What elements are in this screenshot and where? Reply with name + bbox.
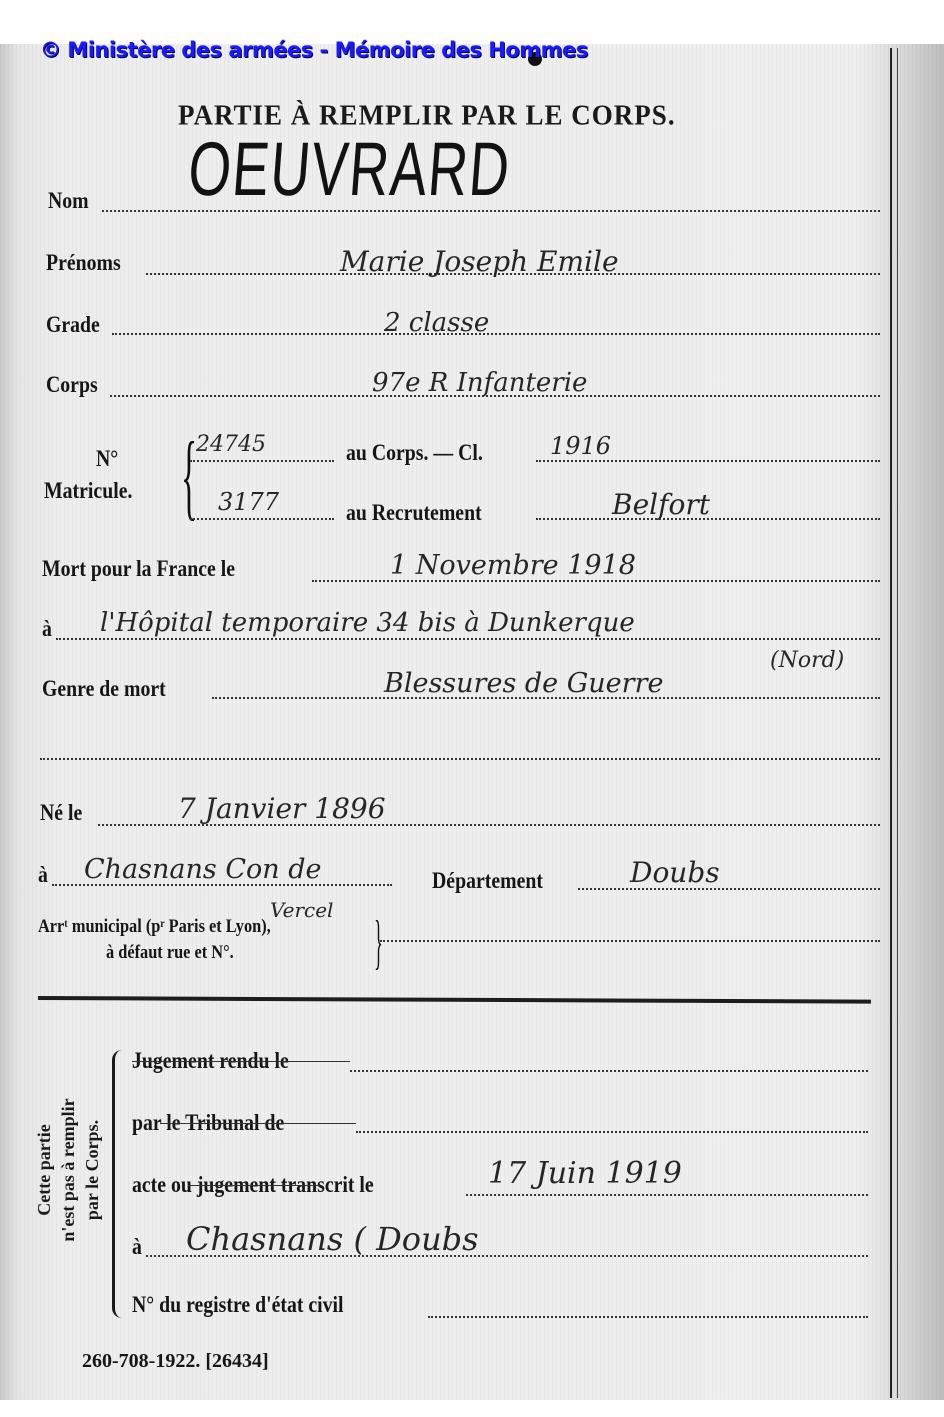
prenoms-value: Marie Joseph Emile [340, 245, 619, 278]
recrutement-value: Belfort [612, 488, 710, 521]
prenoms-label: Prénoms [46, 250, 121, 276]
tribunal-line [356, 1131, 868, 1133]
side-note: Cette partie n'est pas à remplir par le … [32, 1080, 112, 1280]
ne-a-label: à [38, 862, 48, 888]
margin-rule-inner [897, 48, 898, 1398]
transcrit-value: 17 Juin 1919 [488, 1156, 682, 1191]
mort-a-line [56, 638, 880, 640]
arrondissement-label-line2: à défaut rue et N°. [106, 942, 234, 964]
lower-section-brace [112, 1050, 123, 1318]
grade-line [112, 333, 880, 335]
registre-label: N° du registre d'état civil [132, 1292, 344, 1318]
tribunal-strikethrough [160, 1123, 356, 1124]
matricule-brace: { [181, 428, 197, 524]
transcrit-a-label: à [132, 1234, 142, 1260]
classe-value: 1916 [550, 432, 611, 460]
grade-value: 2 classe [384, 308, 489, 338]
matricule-label-line1: N° [96, 446, 118, 472]
side-note-line3: par le Corps. [80, 1060, 104, 1280]
form-reference-code: 260-708-1922. [26434] [82, 1350, 269, 1373]
mort-le-label: Mort pour la France le [42, 556, 235, 582]
ne-a-value: Chasnans Con de [84, 854, 321, 885]
jugement-rendu-line [350, 1070, 868, 1072]
side-note-line2: n'est pas à remplir [56, 1060, 80, 1280]
nom-line [102, 210, 880, 212]
mort-a-extra: (Nord) [770, 648, 844, 673]
registre-line [428, 1316, 868, 1318]
nom-value: OEUVRARD [185, 126, 513, 213]
transcrit-a-value: Chasnans ( Doubs [186, 1220, 479, 1258]
jugement-rendu-strikethrough [132, 1061, 350, 1062]
mort-a-label: à [42, 616, 52, 642]
grade-label: Grade [46, 312, 100, 338]
corps-value: 97e R Infanterie [372, 368, 587, 398]
arrondissement-label-line1: Arrᵗ municipal (pʳ Paris et Lyon), [38, 916, 271, 938]
departement-label: Département [432, 868, 543, 894]
margin-rule [890, 48, 892, 1398]
arrondissement-brace: } [374, 912, 383, 972]
corps-number-line [190, 460, 334, 462]
mort-le-value: 1 Novembre 1918 [390, 550, 636, 581]
corps-number-value: 24745 [196, 432, 266, 457]
recrutement-label: au Recrutement [346, 500, 482, 526]
corps-number-label: au Corps. — Cl. [346, 440, 483, 466]
classe-line [536, 460, 880, 462]
nom-label: Nom [48, 188, 89, 214]
corps-label: Corps [46, 372, 98, 398]
recrutement-number-line [190, 518, 334, 520]
genre-de-mort-label: Genre de mort [42, 676, 166, 702]
copyright-watermark: © Ministère des armées - Mémoire des Hom… [40, 38, 588, 62]
matricule-label-line2: Matricule. [44, 478, 132, 504]
departement-line [578, 888, 880, 890]
side-note-line1: Cette partie [32, 1060, 56, 1280]
ne-le-label: Né le [40, 800, 82, 826]
transcrit-line [466, 1194, 868, 1196]
genre-de-mort-value: Blessures de Guerre [384, 668, 663, 699]
mort-a-value: l'Hôpital temporaire 34 bis à Dunkerque [100, 608, 635, 638]
page-bottom-margin [0, 1400, 944, 1417]
arrondissement-line [380, 940, 880, 942]
ne-le-value: 7 Janvier 1896 [178, 792, 386, 825]
blank-line [40, 758, 880, 760]
ne-a-extra: Vercel [270, 898, 333, 922]
transcrit-strikethrough [188, 1185, 320, 1186]
recrutement-number-value: 3177 [218, 488, 279, 516]
departement-value: Doubs [630, 856, 720, 889]
